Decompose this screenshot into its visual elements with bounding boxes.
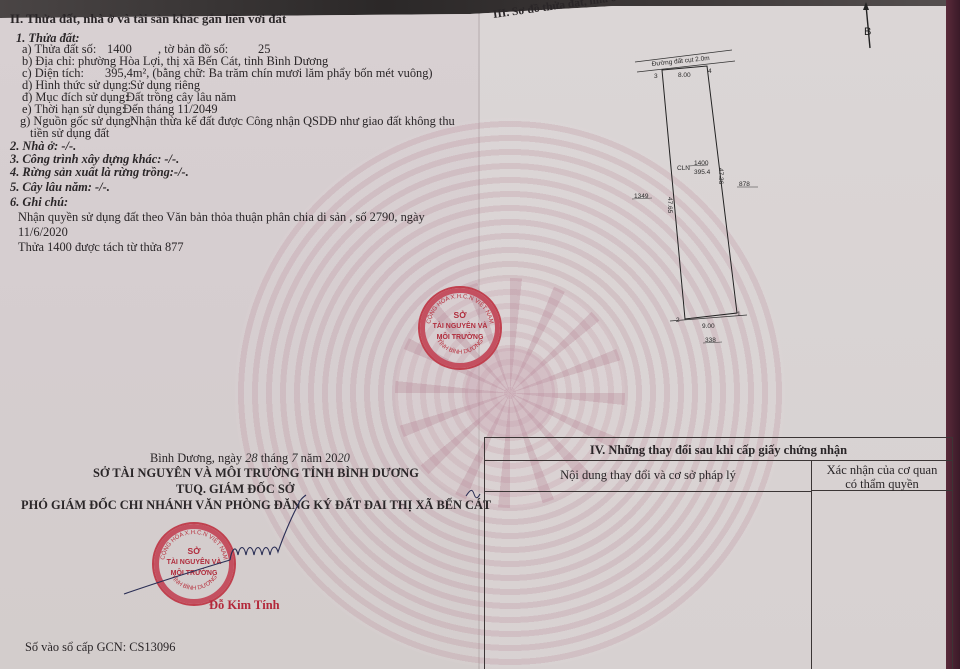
changes-table: IV. Những thay đổi sau khi cấp giấy chứn… bbox=[484, 437, 953, 669]
signature-stroke bbox=[124, 495, 306, 594]
col2-header-line-2: có thẩm quyền bbox=[812, 477, 952, 491]
authority-confirmation-cell bbox=[812, 492, 952, 669]
col2-header-line-1: Xác nhận của cơ quan bbox=[812, 463, 952, 477]
signer-name: Đỗ Kim Tính bbox=[209, 598, 280, 613]
registry-number: Số vào sổ cấp GCN: CS13096 bbox=[25, 640, 175, 654]
initial-mark bbox=[466, 490, 480, 497]
change-content-cell bbox=[485, 492, 812, 669]
column-header-change-content: Nội dung thay đổi và cơ sở pháp lý bbox=[485, 461, 812, 492]
changes-table-title: IV. Những thay đổi sau khi cấp giấy chứn… bbox=[485, 438, 952, 461]
column-header-authority-confirmation: Xác nhận của cơ quan có thẩm quyền bbox=[812, 461, 952, 491]
